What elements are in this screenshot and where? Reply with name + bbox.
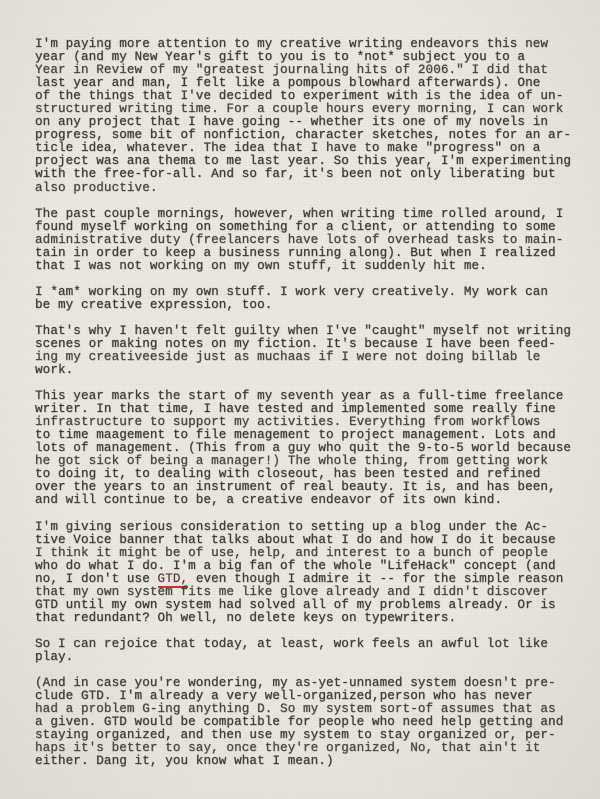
- text-line: found myself working on something for a …: [35, 221, 572, 234]
- text-line: That's why I haven't felt guilty when I'…: [35, 325, 572, 338]
- text-line: no, I don't use GTD, even though I admir…: [35, 573, 572, 586]
- text-line: he got sick of being a manager!) The who…: [35, 455, 572, 468]
- text-line: tive Voice banner that talks about what …: [35, 534, 572, 547]
- paragraph: I *am* working on my own stuff. I work v…: [35, 286, 572, 312]
- text-line: who do what I do. I'm a big fan of the w…: [35, 560, 572, 573]
- text-line: Year in Review of my "greatest journalin…: [35, 64, 572, 77]
- text-line: and will continue to be, a creative ende…: [35, 494, 572, 507]
- text-line: with the free-for-all. And so far, it's …: [35, 168, 572, 181]
- text-line: The past couple mornings, however, when …: [35, 208, 572, 221]
- paragraph: The past couple mornings, however, when …: [35, 208, 572, 273]
- text-line: that my own system fits me like glove al…: [35, 586, 572, 599]
- paragraph: So I can rejoice that today, at least, w…: [35, 638, 572, 664]
- text-line: GTD until my own system had solved all o…: [35, 599, 572, 612]
- text-line: either. Dang it, you know what I mean.): [35, 755, 572, 768]
- text-line: So I can rejoice that today, at least, w…: [35, 638, 572, 651]
- text-line: ticle idea, whatever. The idea that I ha…: [35, 142, 572, 155]
- text-line: I *am* working on my own stuff. I work v…: [35, 286, 572, 299]
- paragraph: I'm giving serious consideration to sett…: [35, 521, 572, 625]
- text-line: play.: [35, 651, 572, 664]
- text-line: had a problem G-ing anything D. So my sy…: [35, 703, 572, 716]
- text-line: I'm giving serious consideration to sett…: [35, 521, 572, 534]
- paragraph: That's why I haven't felt guilty when I'…: [35, 325, 572, 377]
- typewritten-page: I'm paying more attention to my creative…: [0, 0, 600, 799]
- text-line: (And in case you're wondering, my as-yet…: [35, 677, 572, 690]
- text-line: I think it might be of use, help, and in…: [35, 547, 572, 560]
- text-line: that redundant? Oh well, no delete keys …: [35, 612, 572, 625]
- text-line: administrative duty (freelancers have lo…: [35, 234, 572, 247]
- typewritten-text: I'm paying more attention to my creative…: [35, 38, 572, 768]
- text-line: infrastructure to support my activities.…: [35, 416, 572, 429]
- text-line: structured writing time. For a couple ho…: [35, 103, 572, 116]
- paragraph: I'm paying more attention to my creative…: [35, 38, 572, 195]
- text-line: work.: [35, 364, 572, 377]
- text-line: ing my creativeeside just as muchaas if …: [35, 351, 572, 364]
- text-line: haps it's better to say, once they're or…: [35, 742, 572, 755]
- paragraph: This year marks the start of my seventh …: [35, 390, 572, 507]
- paragraph: (And in case you're wondering, my as-yet…: [35, 677, 572, 768]
- text-line: that I was not working on my own stuff, …: [35, 260, 572, 273]
- text-line: This year marks the start of my seventh …: [35, 390, 572, 403]
- text-line: tain in order to keep a business running…: [35, 247, 572, 260]
- text-line: I'm paying more attention to my creative…: [35, 38, 572, 51]
- text-line: be my creative expression, too.: [35, 299, 572, 312]
- text-line: also productive.: [35, 182, 572, 195]
